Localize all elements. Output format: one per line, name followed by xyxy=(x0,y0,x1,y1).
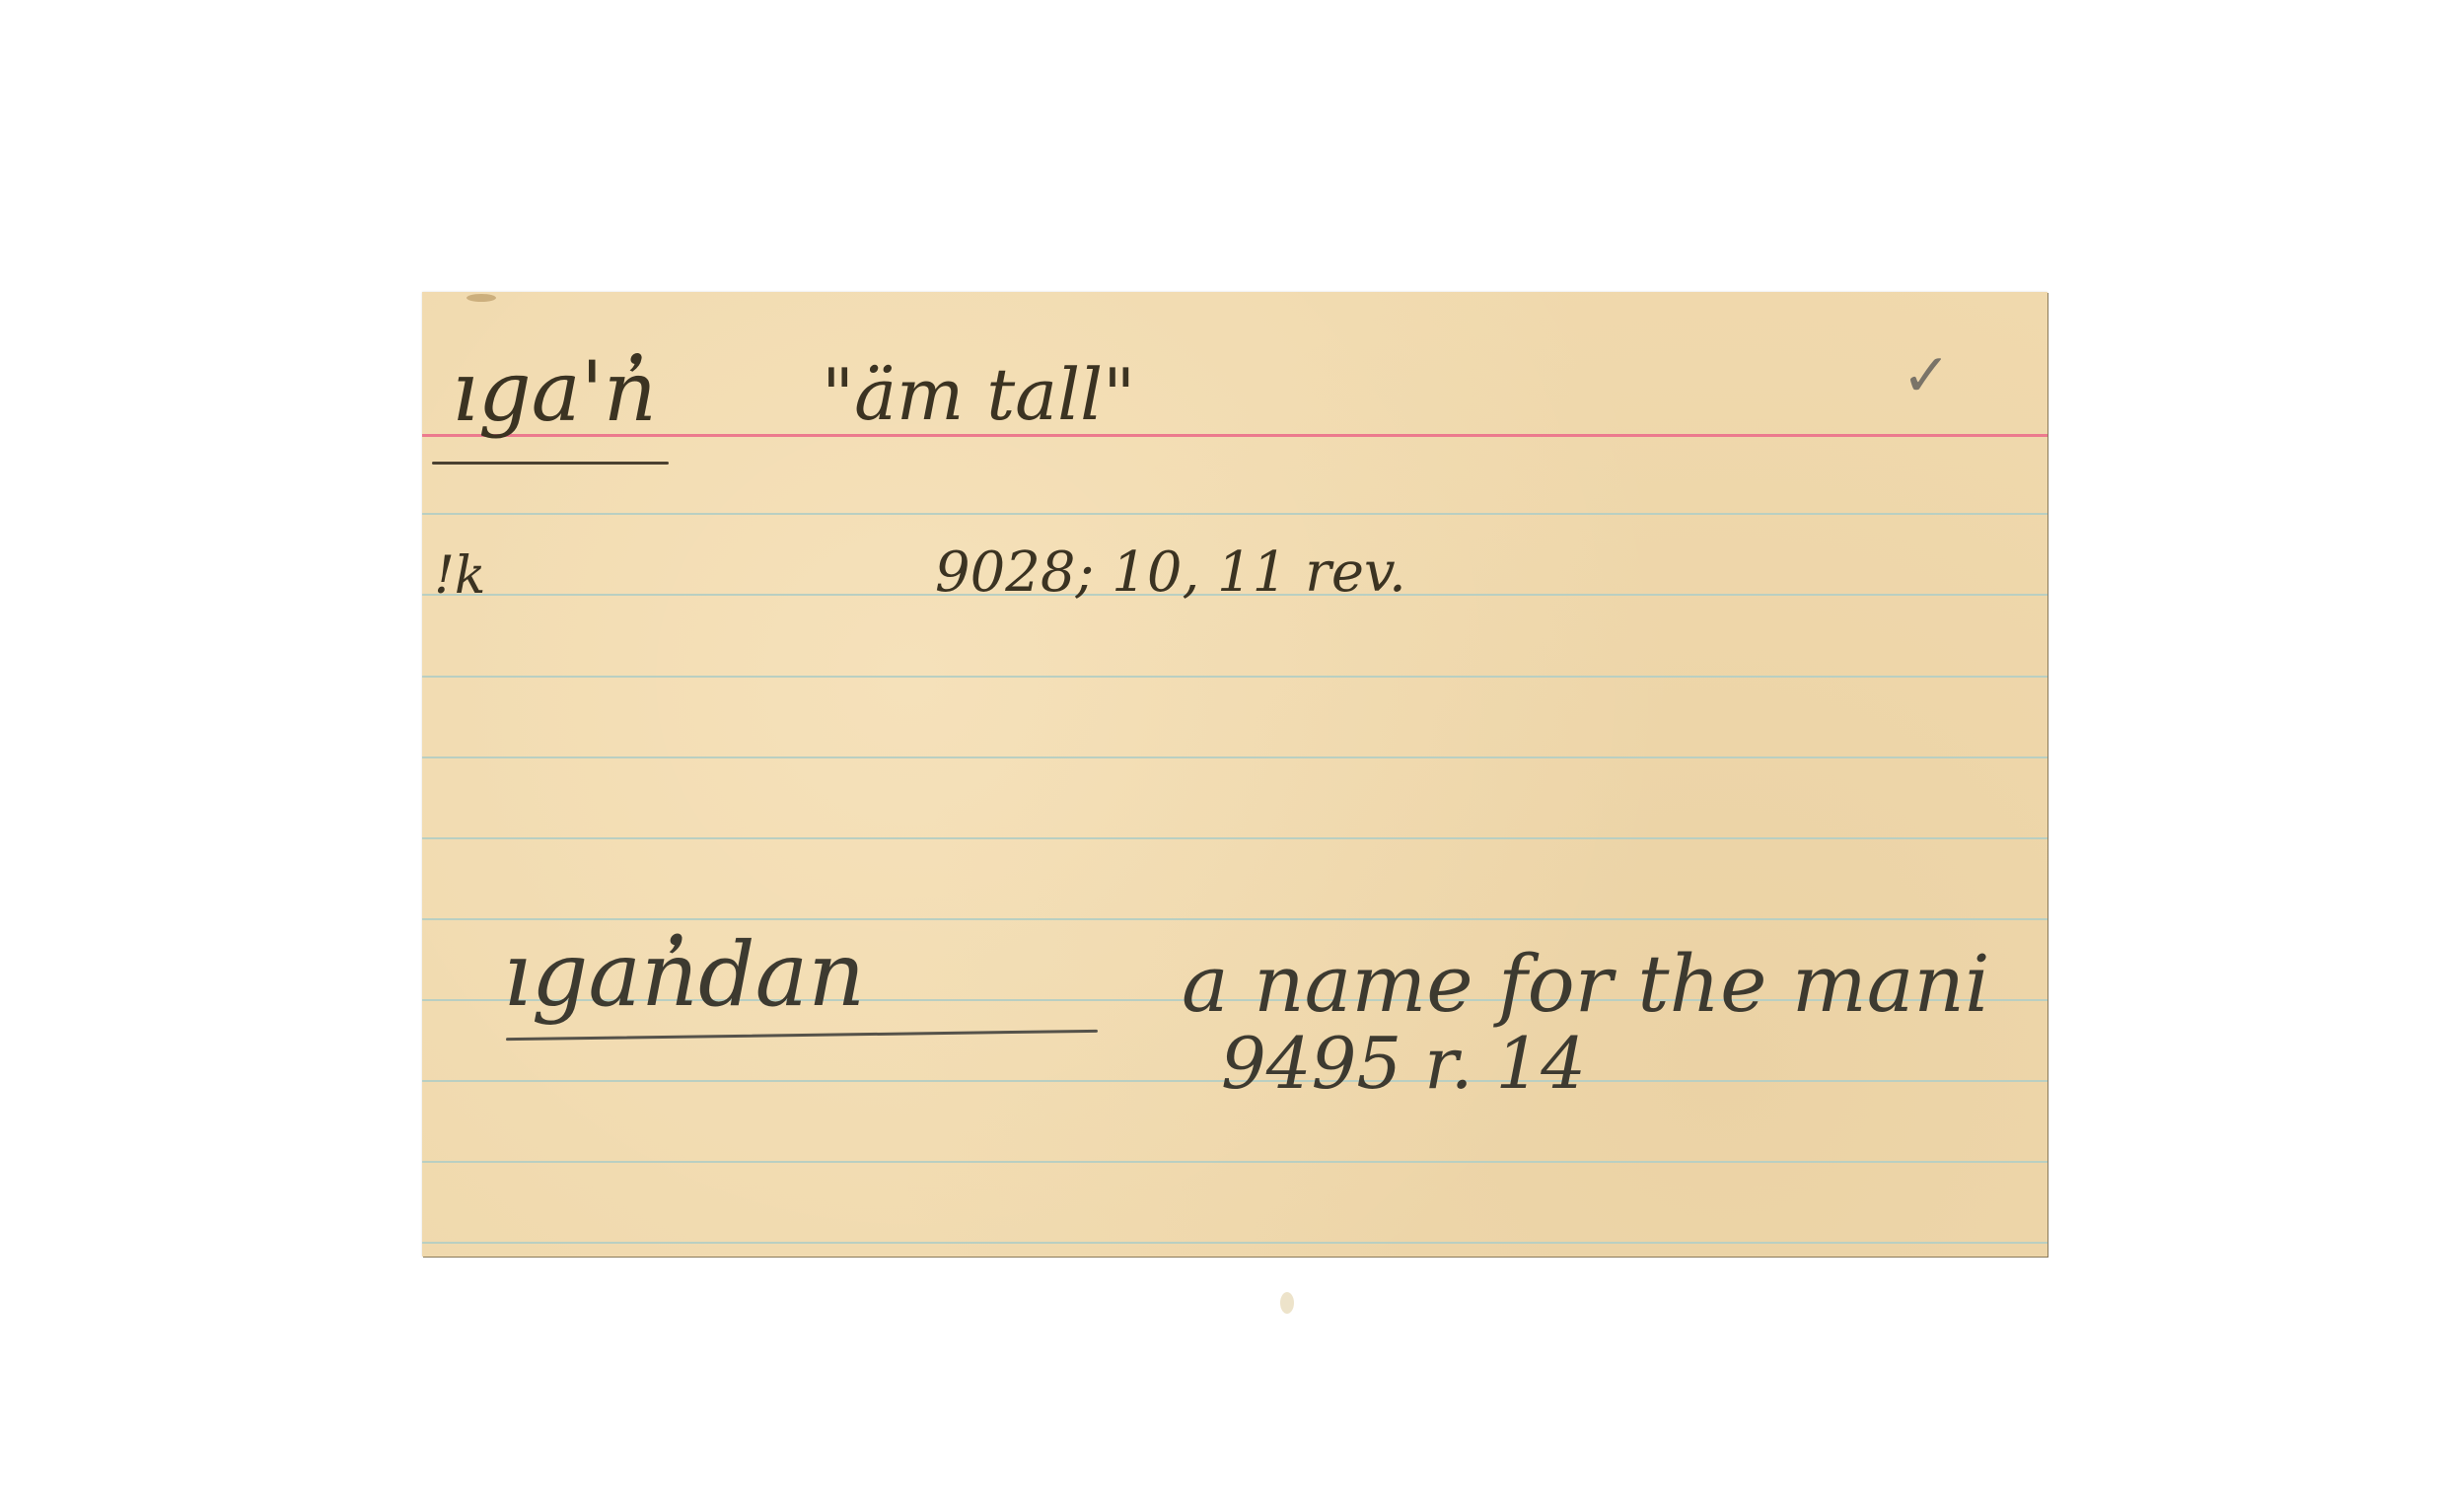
rule-line xyxy=(422,918,2047,920)
headword-underline xyxy=(506,1030,1098,1041)
paper-speck xyxy=(1280,1292,1294,1314)
gloss-1: "äm tall" xyxy=(822,353,1135,436)
stain xyxy=(467,294,496,302)
rule-line xyxy=(422,1161,2047,1163)
rule-line xyxy=(422,756,2047,758)
check-mark-icon: ✓ xyxy=(1902,341,1951,410)
rule-line xyxy=(422,513,2047,515)
source-code: !k xyxy=(434,546,485,606)
rule-line xyxy=(422,1242,2047,1244)
reference-1: 9028; 10, 11 rev. xyxy=(935,540,1406,605)
gloss-2: a name for the mani xyxy=(1182,938,1990,1030)
index-card: ıga'n̓ "äm tall" ✓ !k 9028; 10, 11 rev. … xyxy=(422,292,2047,1257)
rule-line xyxy=(422,837,2047,839)
rule-line xyxy=(422,676,2047,678)
headword-1: ıga'n̓ xyxy=(452,343,657,440)
headword-2: ıgan̓dan xyxy=(503,923,865,1027)
margin-line xyxy=(422,434,2047,437)
reference-2: 9495 r. 14 xyxy=(1221,1022,1586,1105)
headword-underline xyxy=(432,462,669,465)
